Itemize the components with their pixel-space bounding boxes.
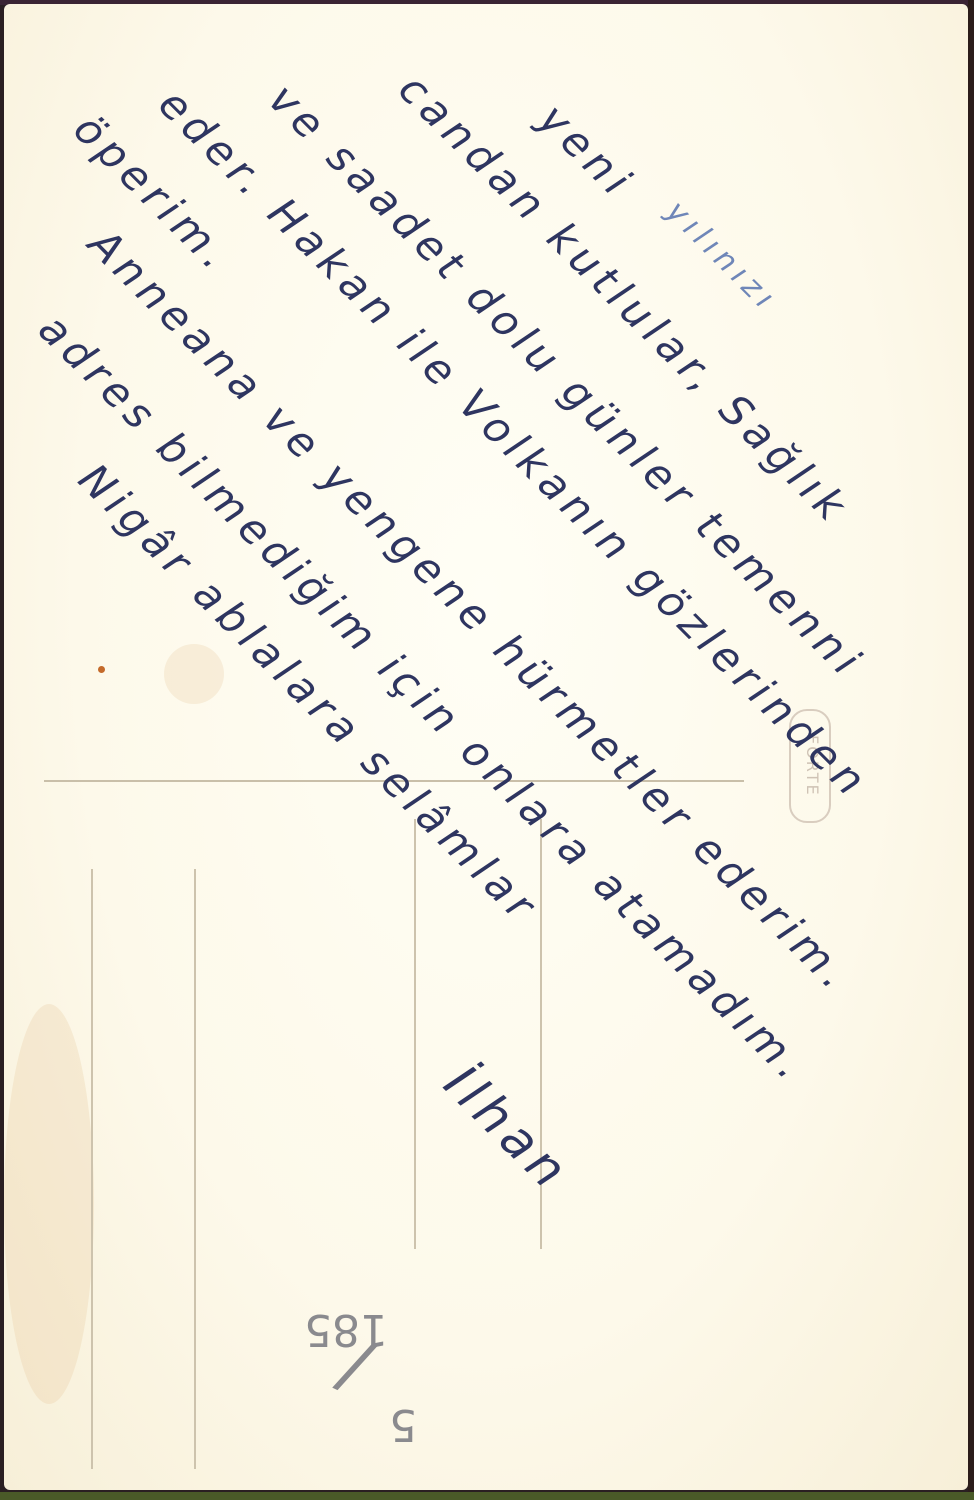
address-line xyxy=(91,869,93,1469)
scan-edge-right xyxy=(968,0,974,1500)
pencil-note-number: 5 xyxy=(389,1399,417,1450)
age-stain xyxy=(4,1004,94,1404)
scan-edge-bottom xyxy=(0,1492,974,1500)
signature: İlhan xyxy=(433,1054,582,1203)
handwriting-line: adres bilmediğim için onlara atamadım. xyxy=(29,304,817,1092)
address-line xyxy=(194,869,196,1469)
address-line xyxy=(414,819,416,1249)
postcard-back: FORTE yeni yılınızı candan kutlular, Sağ… xyxy=(4,4,968,1490)
handwriting-line: Nigâr ablalara selâmlar xyxy=(69,454,548,933)
age-stain xyxy=(164,644,224,704)
ink-spot xyxy=(98,666,105,673)
handwriting-line-blue: yılınızı xyxy=(659,194,784,319)
